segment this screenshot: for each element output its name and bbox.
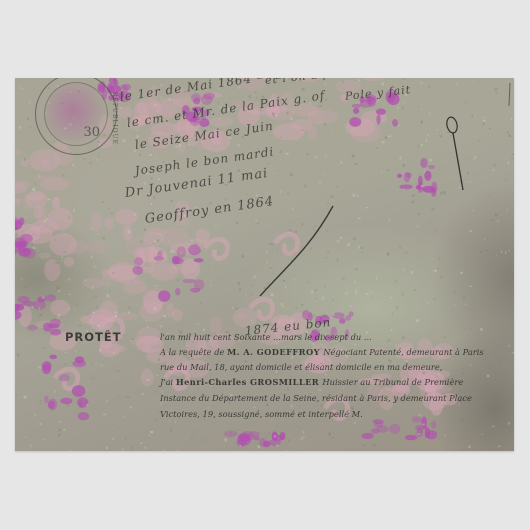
document-line-text: rue du (160, 362, 190, 372)
document-line-tail: ...mars le dix-sept du ... (273, 332, 372, 342)
document-line-text: A la requête de (160, 347, 227, 357)
spoon-icon-handle (453, 133, 463, 190)
document-line: Victoires, 19, soussigné, sommé et inter… (160, 409, 363, 419)
document-line: J'ai Henri-Charles GROSMILLER Huissier a… (160, 377, 463, 387)
document-line-tail: Mail, 18, ayant domicile et élisant domi… (190, 362, 442, 372)
document-line: l'an mil huit cent Soixante ...mars le d… (160, 332, 372, 342)
document-line-text: Instance du Département de la Seine, rés… (160, 393, 472, 403)
document-line-name: M. A. GODEFFROY (227, 347, 323, 357)
document-line-name: Henri-Charles GROSMILLER (176, 377, 323, 387)
vintage-paper-artwork: 30 RÉPUBLIQUE le 1er de Mai 1864 — à la … (15, 78, 514, 451)
document-line-tail: Négociant Patenté, demeurant à Paris (323, 347, 484, 357)
document-line: Instance du Département de la Seine, rés… (160, 393, 472, 403)
ink-stroke-vertical (509, 83, 510, 106)
spoon-icon-bowl (445, 116, 458, 134)
document-line: A la requête de M. A. GODEFFROY Négocian… (160, 347, 484, 357)
document-line: rue du Mail, 18, ayant domicile et élisa… (160, 362, 442, 372)
document-line-text: J'ai (160, 377, 176, 387)
document-heading: PROTÊT (65, 330, 122, 344)
ink-stroke-long (260, 206, 333, 296)
document-line-text: Victoires, 19, soussigné, sommé et inter… (160, 409, 363, 419)
document-line-text: l'an mil huit cent Soixante (160, 332, 273, 342)
document-line-tail: Huissier au Tribunal de Première (322, 377, 463, 387)
